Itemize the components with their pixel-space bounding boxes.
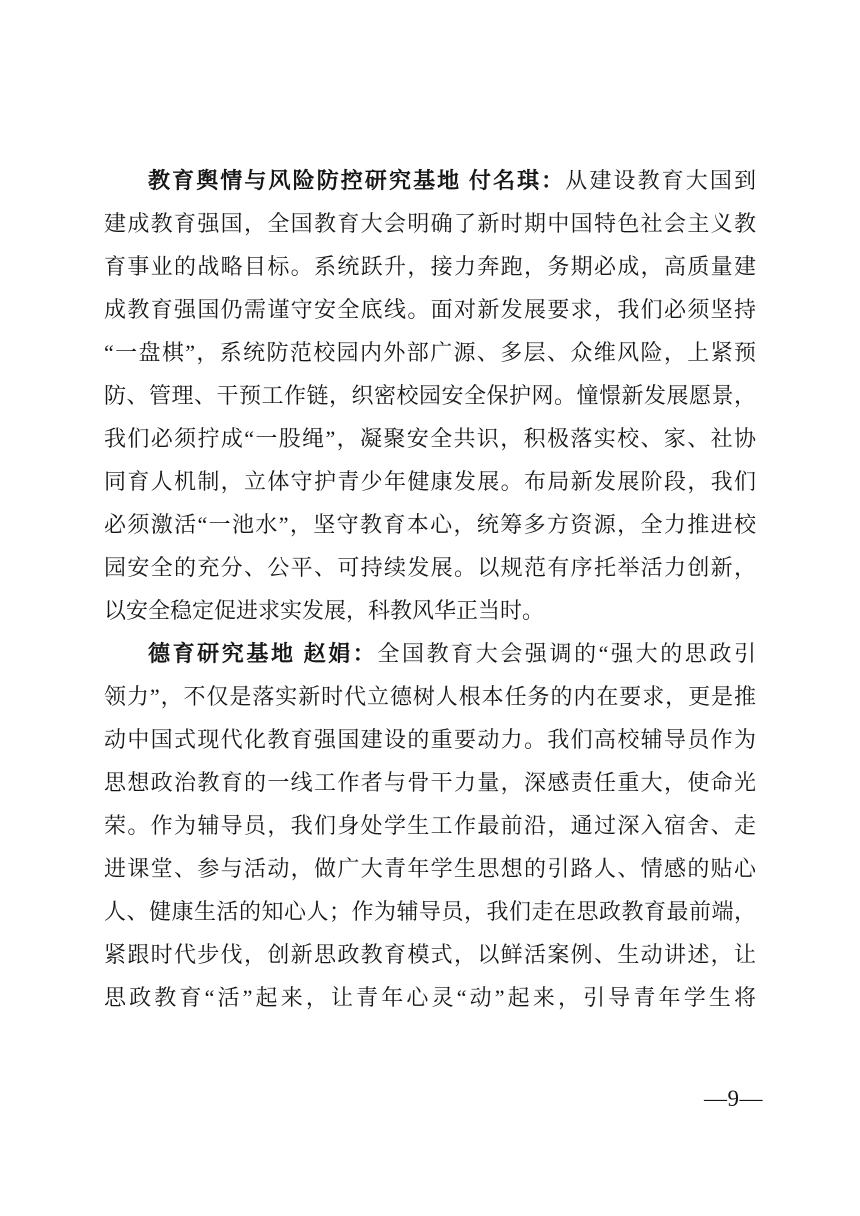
line-text: 同育人机制，立体守护青少年健康发展。布局新发展阶段，我们: [104, 469, 756, 494]
line-text: 建成教育强国，全国教育大会明确了新时期中国特色社会主义教: [104, 211, 756, 236]
text-line: 育事业的战略目标。系统跃升，接力奔跑，务期必成，高质量建: [104, 245, 756, 288]
speaker-heading: 德育研究基地 赵娟：: [148, 641, 377, 666]
text-line: 思政教育“活”起来，让青年心灵“动”起来，引导青年学生将: [104, 976, 756, 1019]
text-line: 思想政治教育的一线工作者与骨干力量，深感责任重大，使命光: [104, 761, 756, 804]
document-page: 教育舆情与风险防控研究基地 付名琪：从建设教育大国到 建成教育强国，全国教育大会…: [0, 0, 860, 1216]
text-line: 进课堂、参与活动，做广大青年学生思想的引路人、情感的贴心: [104, 847, 756, 890]
line-text: 育事业的战略目标。系统跃升，接力奔跑，务期必成，高质量建: [104, 254, 756, 279]
line-text: 以安全稳定促进求实发展，科教风华正当时。: [104, 598, 544, 623]
line-text: 人、健康生活的知心人；作为辅导员，我们走在思政教育最前端，: [104, 899, 756, 924]
line-text: 我们必须拧成“一股绳”，凝聚安全共识，积极落实校、家、社协: [104, 426, 756, 451]
line-text: 荣。作为辅导员，我们身处学生工作最前沿，通过深入宿舍、走: [104, 813, 756, 838]
line-text: 防、管理、干预工作链，织密校园安全保护网。憧憬新发展愿景，: [104, 383, 756, 408]
text-line: 我们必须拧成“一股绳”，凝聚安全共识，积极落实校、家、社协: [104, 417, 756, 460]
page-number: —9—: [704, 1086, 763, 1112]
line-text: 必须激活“一池水”，坚守教育本心，统筹多方资源，全力推进校: [104, 512, 756, 537]
line-text: 领力”，不仅是落实新时代立德树人根本任务的内在要求，更是推: [104, 684, 756, 709]
text-line: 建成教育强国，全国教育大会明确了新时期中国特色社会主义教: [104, 202, 756, 245]
line-text: 思想政治教育的一线工作者与骨干力量，深感责任重大，使命光: [104, 770, 756, 795]
line-text: 进课堂、参与活动，做广大青年学生思想的引路人、情感的贴心: [104, 856, 756, 881]
text-line: 领力”，不仅是落实新时代立德树人根本任务的内在要求，更是推: [104, 675, 756, 718]
paragraph-education-risk-base: 教育舆情与风险防控研究基地 付名琪：从建设教育大国到 建成教育强国，全国教育大会…: [104, 159, 756, 632]
text-line: 园安全的充分、公平、可持续发展。以规范有序托举活力创新，: [104, 546, 756, 589]
text-line: 紧跟时代步伐，创新思政教育模式，以鲜活案例、生动讲述，让: [104, 933, 756, 976]
text-line: 德育研究基地 赵娟：全国教育大会强调的“强大的思政引: [104, 632, 756, 675]
paragraph-moral-education-base: 德育研究基地 赵娟：全国教育大会强调的“强大的思政引 领力”，不仅是落实新时代立…: [104, 632, 756, 1019]
line-text: 动中国式现代化教育强国建设的重要动力。我们高校辅导员作为: [104, 727, 756, 752]
line-text: 思政教育“活”起来，让青年心灵“动”起来，引导青年学生将: [104, 985, 756, 1010]
line-text: 全国教育大会强调的“强大的思政引: [377, 641, 756, 666]
line-text: 园安全的充分、公平、可持续发展。以规范有序托举活力创新，: [104, 555, 756, 580]
line-text: “一盘棋”，系统防范校园内外部广源、多层、众维风险，上紧预: [104, 340, 756, 365]
text-line: 成教育强国仍需谨守安全底线。面对新发展要求，我们必须坚持: [104, 288, 756, 331]
line-text: 成教育强国仍需谨守安全底线。面对新发展要求，我们必须坚持: [104, 297, 756, 322]
text-line: 人、健康生活的知心人；作为辅导员，我们走在思政教育最前端，: [104, 890, 756, 933]
speaker-heading: 教育舆情与风险防控研究基地 付名琪：: [148, 168, 565, 193]
line-text: 从建设教育大国到: [565, 168, 756, 193]
document-body: 教育舆情与风险防控研究基地 付名琪：从建设教育大国到 建成教育强国，全国教育大会…: [104, 159, 756, 1019]
line-text: 紧跟时代步伐，创新思政教育模式，以鲜活案例、生动讲述，让: [104, 942, 756, 967]
text-line: 荣。作为辅导员，我们身处学生工作最前沿，通过深入宿舍、走: [104, 804, 756, 847]
text-line: 必须激活“一池水”，坚守教育本心，统筹多方资源，全力推进校: [104, 503, 756, 546]
text-line: 同育人机制，立体守护青少年健康发展。布局新发展阶段，我们: [104, 460, 756, 503]
text-line: 防、管理、干预工作链，织密校园安全保护网。憧憬新发展愿景，: [104, 374, 756, 417]
text-line: 动中国式现代化教育强国建设的重要动力。我们高校辅导员作为: [104, 718, 756, 761]
text-line: “一盘棋”，系统防范校园内外部广源、多层、众维风险，上紧预: [104, 331, 756, 374]
text-line: 教育舆情与风险防控研究基地 付名琪：从建设教育大国到: [104, 159, 756, 202]
text-line: 以安全稳定促进求实发展，科教风华正当时。: [104, 589, 756, 632]
